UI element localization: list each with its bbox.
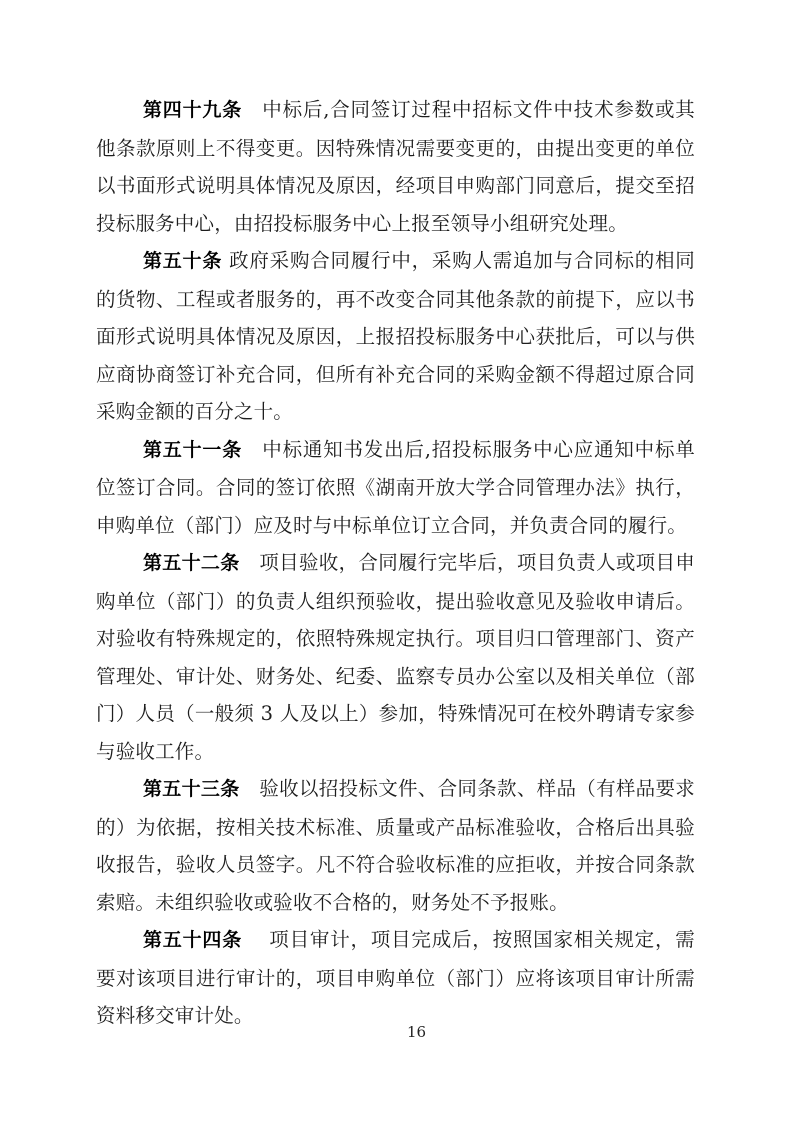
article-paragraph-52: 第五十二条 项目验收，合同履行完毕后，项目负责人或项目申购单位（部门）的负责人组… xyxy=(96,544,695,770)
article-text: 项目验收，合同履行完毕后，项目负责人或项目申购单位（部门）的负责人组织预验收，提… xyxy=(96,551,695,763)
article-paragraph-54: 第五十四条 项目审计，项目完成后，按照国家相关规定，需要对该项目进行审计的，项目… xyxy=(96,921,695,1035)
article-paragraph-51: 第五十一条 中标通知书发出后,招投标服务中心应通知中标单位签订合同。合同的签订依… xyxy=(96,431,695,545)
article-number: 第五十一条 xyxy=(143,439,242,461)
article-text: 政府采购合同履行中，采购人需追加与合同标的相同的货物、工程或者服务的，再不改变合… xyxy=(96,249,695,423)
document-page: 第四十九条 中标后,合同签订过程中招标文件中技术参数或其他条款原则上不得变更。因… xyxy=(0,0,793,1122)
page-number: 16 xyxy=(0,1023,793,1041)
article-number: 第五十条 xyxy=(143,250,222,272)
article-number: 第四十九条 xyxy=(143,99,242,121)
article-paragraph-53: 第五十三条 验收以招投标文件、合同条款、样品（有样品要求的）为依据，按相关技术标… xyxy=(96,770,695,921)
article-number: 第五十二条 xyxy=(143,552,240,574)
article-number: 第五十三条 xyxy=(143,778,240,800)
document-body: 第四十九条 中标后,合同签订过程中招标文件中技术参数或其他条款原则上不得变更。因… xyxy=(96,91,695,1035)
article-paragraph-49: 第四十九条 中标后,合同签订过程中招标文件中技术参数或其他条款原则上不得变更。因… xyxy=(96,91,695,242)
article-paragraph-50: 第五十条 政府采购合同履行中，采购人需追加与合同标的相同的货物、工程或者服务的，… xyxy=(96,242,695,431)
article-number: 第五十四条 xyxy=(143,929,242,951)
